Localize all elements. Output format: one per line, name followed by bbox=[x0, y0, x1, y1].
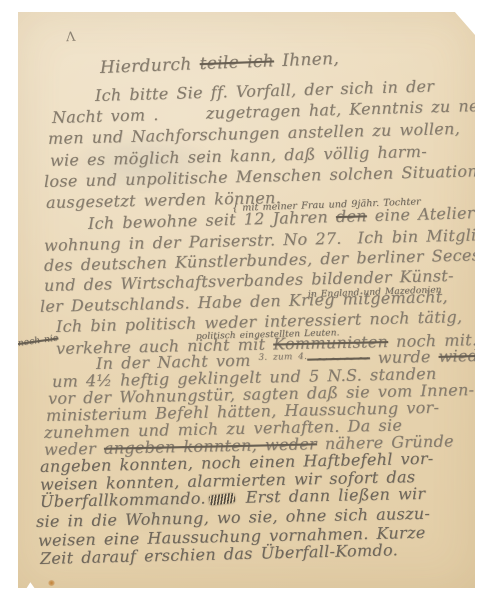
handwritten-text: Hierdurch bbox=[100, 54, 200, 78]
letter-page: Λ Hierdurch teile ich Ihnen,Ich bitte Si… bbox=[18, 12, 475, 588]
struck-text: den bbox=[336, 206, 367, 226]
handwritten-text: Überfallkommando. bbox=[40, 489, 206, 511]
margin-note: noch nie bbox=[17, 334, 59, 349]
heading-line: Hierdurch teile ich Ihnen, bbox=[100, 51, 340, 77]
scan-background: Λ Hierdurch teile ich Ihnen,Ich bitte Si… bbox=[0, 0, 493, 605]
struck-text: teile ich bbox=[199, 51, 274, 74]
page-mark: Λ bbox=[66, 30, 76, 45]
foxing-spot bbox=[48, 580, 55, 586]
struck-text: noch nie bbox=[17, 333, 59, 349]
struck-text: wieder bbox=[438, 346, 493, 366]
handwritten-text: 3. zum 4. bbox=[258, 352, 307, 363]
ink-scribble bbox=[208, 493, 235, 506]
handwritten-text: eine Atelier- bbox=[367, 203, 481, 225]
foxing-spot bbox=[482, 555, 488, 561]
handwritten-text: Ihnen, bbox=[274, 49, 340, 71]
handwritten-text: Erst dann ließen wir bbox=[238, 484, 426, 507]
